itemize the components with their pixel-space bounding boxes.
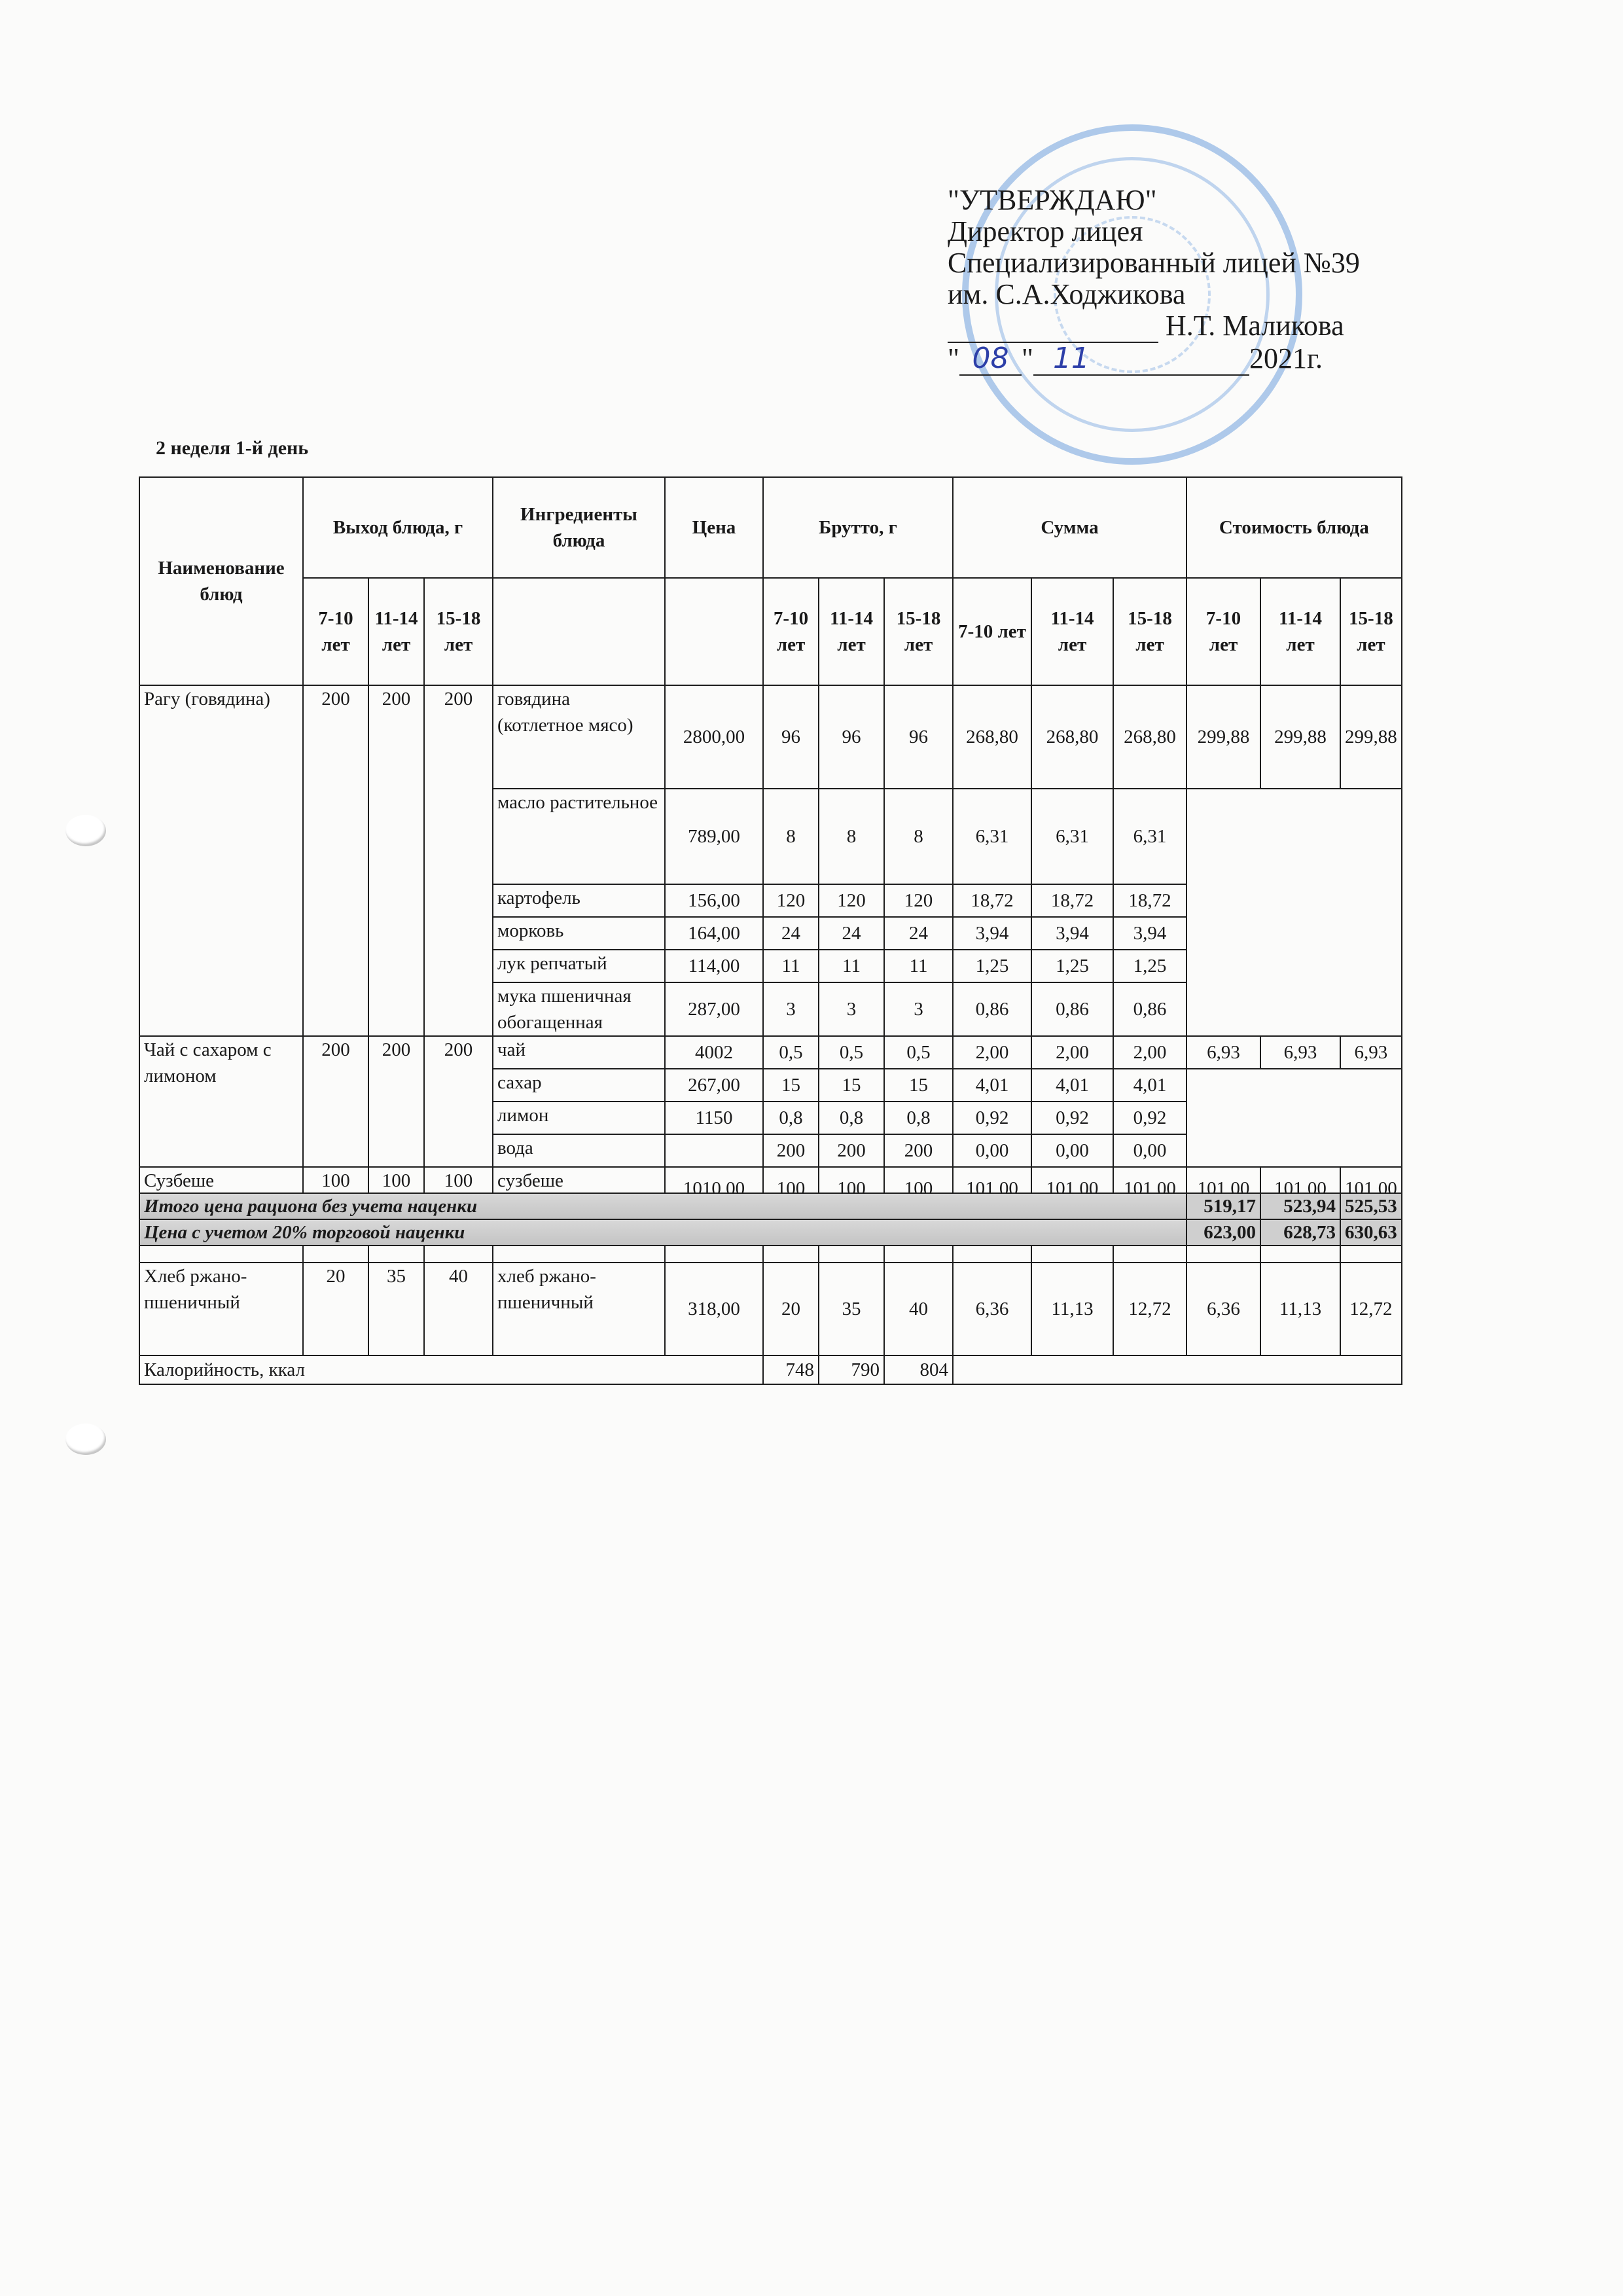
dish-yield-1: 200 <box>368 685 424 1036</box>
header-brutto: Брутто, г <box>763 477 953 578</box>
ingredient-brutto-0: 8 <box>763 789 819 884</box>
ingredient-brutto-2: 11 <box>884 950 953 982</box>
totals-value-1: 523,94 <box>1260 1193 1340 1219</box>
ingredient-sum-0: 6,31 <box>953 789 1031 884</box>
dish-name: Рагу (говядина) <box>139 685 303 1036</box>
header-yield-age-1: 11-14 лет <box>368 578 424 685</box>
ingredient-sum-1: 0,92 <box>1031 1102 1113 1134</box>
ingredient-brutto-2: 0,5 <box>884 1036 953 1069</box>
ingredient-brutto-2: 24 <box>884 917 953 950</box>
header-yield: Выход блюда, г <box>303 477 493 578</box>
dish-cost-1: 11,13 <box>1260 1263 1340 1355</box>
ingredient-name: лук репчатый <box>493 950 665 982</box>
dish-cost-2: 6,93 <box>1340 1036 1402 1069</box>
header-yield-age-0: 7-10 лет <box>303 578 368 685</box>
ingredient-sum-0: 2,00 <box>953 1036 1031 1069</box>
ingredient-sum-0: 1,25 <box>953 950 1031 982</box>
ingredient-name: мука пшеничная обогащенная <box>493 982 665 1036</box>
calories-value-1: 790 <box>819 1355 884 1384</box>
header-price: Цена <box>665 477 763 578</box>
ingredient-brutto-2: 0,8 <box>884 1102 953 1134</box>
header-ingredients-blank <box>493 578 665 685</box>
ingredient-brutto-1: 3 <box>819 982 884 1036</box>
signature-field <box>948 310 1158 343</box>
ingredient-sum-2: 268,80 <box>1113 685 1186 789</box>
header-sum-age-1: 11-14 лет <box>1031 578 1113 685</box>
ingredient-name: говядина (котлетное мясо) <box>493 685 665 789</box>
dish-cost-0: 6,36 <box>1186 1263 1260 1355</box>
table-row: Хлеб ржано-пшеничный203540хлеб ржано-пше… <box>139 1263 1402 1355</box>
ingredient-name: морковь <box>493 917 665 950</box>
ingredient-price: 114,00 <box>665 950 763 982</box>
ingredient-sum-1: 1,25 <box>1031 950 1113 982</box>
totals-value-2: 525,53 <box>1340 1193 1402 1219</box>
ingredient-brutto-2: 40 <box>884 1263 953 1355</box>
header-sum-age-0: 7-10 лет <box>953 578 1031 685</box>
punch-hole-top <box>65 815 106 846</box>
ingredient-price: 1150 <box>665 1102 763 1134</box>
ingredient-brutto-0: 200 <box>763 1134 819 1167</box>
ingredient-sum-2: 0,92 <box>1113 1102 1186 1134</box>
ingredient-brutto-1: 0,8 <box>819 1102 884 1134</box>
ingredient-brutto-2: 3 <box>884 982 953 1036</box>
ingredient-brutto-0: 24 <box>763 917 819 950</box>
approval-organization: Специализированный лицей №39 <box>948 247 1360 279</box>
ingredient-sum-2: 4,01 <box>1113 1069 1186 1102</box>
ingredient-brutto-0: 11 <box>763 950 819 982</box>
date-year: 2021г. <box>1249 342 1323 374</box>
ingredient-name: картофель <box>493 884 665 917</box>
header-brutto-age-2: 15-18 лет <box>884 578 953 685</box>
ingredient-brutto-2: 15 <box>884 1069 953 1102</box>
ingredient-brutto-0: 0,5 <box>763 1036 819 1069</box>
ingredient-sum-2: 6,31 <box>1113 789 1186 884</box>
ingredient-sum-2: 0,00 <box>1113 1134 1186 1167</box>
date-month: 11 <box>1033 343 1249 376</box>
ingredient-sum-0: 0,92 <box>953 1102 1031 1134</box>
ingredient-brutto-2: 96 <box>884 685 953 789</box>
ingredient-price: 164,00 <box>665 917 763 950</box>
approval-block: "УТВЕРЖДАЮ" Директор лицея Специализиров… <box>948 185 1360 376</box>
header-dish-name: Наименование блюд <box>139 477 303 685</box>
ingredient-brutto-0: 0,8 <box>763 1102 819 1134</box>
ingredient-brutto-0: 15 <box>763 1069 819 1102</box>
header-cost-age-1: 11-14 лет <box>1260 578 1340 685</box>
ingredient-brutto-2: 200 <box>884 1134 953 1167</box>
ingredient-brutto-1: 15 <box>819 1069 884 1102</box>
header-yield-age-2: 15-18 лет <box>424 578 493 685</box>
calories-label: Калорийность, ккал <box>139 1355 763 1384</box>
calories-value-2: 804 <box>884 1355 953 1384</box>
approval-signature-line: Н.Т. Маликова <box>948 310 1360 343</box>
ingredient-brutto-1: 96 <box>819 685 884 789</box>
dish-cost-blank <box>1186 1069 1402 1167</box>
ingredient-name: чай <box>493 1036 665 1069</box>
approval-date-line: "08"112021г. <box>948 343 1360 376</box>
dish-cost-2: 12,72 <box>1340 1263 1402 1355</box>
dish-yield-2: 200 <box>424 685 493 1036</box>
ingredient-price: 156,00 <box>665 884 763 917</box>
header-price-blank <box>665 578 763 685</box>
ingredient-sum-1: 3,94 <box>1031 917 1113 950</box>
ingredient-brutto-0: 96 <box>763 685 819 789</box>
approval-position: Директор лицея <box>948 216 1360 247</box>
calories-row: Калорийность, ккал748790804 <box>139 1355 1402 1384</box>
ingredient-brutto-0: 20 <box>763 1263 819 1355</box>
ingredient-price: 4002 <box>665 1036 763 1069</box>
ingredient-brutto-0: 3 <box>763 982 819 1036</box>
ingredient-sum-0: 0,86 <box>953 982 1031 1036</box>
ingredient-sum-1: 2,00 <box>1031 1036 1113 1069</box>
totals-value-1: 628,73 <box>1260 1219 1340 1246</box>
header-sum: Сумма <box>953 477 1186 578</box>
header-cost-age-2: 15-18 лет <box>1340 578 1402 685</box>
approval-named-after: им. С.А.Ходжикова <box>948 279 1360 310</box>
ingredient-sum-2: 0,86 <box>1113 982 1186 1036</box>
ingredient-name: вода <box>493 1134 665 1167</box>
ingredient-sum-1: 18,72 <box>1031 884 1113 917</box>
ingredient-brutto-1: 200 <box>819 1134 884 1167</box>
ingredient-brutto-2: 8 <box>884 789 953 884</box>
dish-name: Чай с сахаром с лимоном <box>139 1036 303 1167</box>
dish-yield-0: 200 <box>303 1036 368 1167</box>
table-row: Чай с сахаром с лимоном200200200чай40020… <box>139 1036 1402 1069</box>
dish-yield-0: 20 <box>303 1263 368 1355</box>
ingredient-sum-2: 1,25 <box>1113 950 1186 982</box>
header-sum-age-2: 15-18 лет <box>1113 578 1186 685</box>
header-brutto-age-1: 11-14 лет <box>819 578 884 685</box>
ingredient-name: масло растительное <box>493 789 665 884</box>
ingredient-sum-2: 12,72 <box>1113 1263 1186 1355</box>
ingredient-sum-0: 6,36 <box>953 1263 1031 1355</box>
ingredient-sum-1: 0,00 <box>1031 1134 1113 1167</box>
ingredient-price: 789,00 <box>665 789 763 884</box>
dish-cost-0: 6,93 <box>1186 1036 1260 1069</box>
totals-table: Итого цена рациона без учета наценки519,… <box>139 1193 1402 1246</box>
totals-row: Цена с учетом 20% торговой наценки623,00… <box>139 1219 1402 1246</box>
ingredient-sum-1: 0,86 <box>1031 982 1113 1036</box>
calories-value-0: 748 <box>763 1355 819 1384</box>
dish-name: Хлеб ржано-пшеничный <box>139 1263 303 1355</box>
dish-yield-1: 200 <box>368 1036 424 1167</box>
dish-yield-1: 35 <box>368 1263 424 1355</box>
approval-title: "УТВЕРЖДАЮ" <box>948 185 1360 216</box>
dish-cost-0: 299,88 <box>1186 685 1260 789</box>
ingredient-brutto-1: 120 <box>819 884 884 917</box>
ingredient-sum-0: 0,00 <box>953 1134 1031 1167</box>
ingredient-sum-1: 268,80 <box>1031 685 1113 789</box>
ingredient-price: 2800,00 <box>665 685 763 789</box>
calories-blank <box>953 1355 1402 1384</box>
ingredient-price: 267,00 <box>665 1069 763 1102</box>
header-brutto-age-0: 7-10 лет <box>763 578 819 685</box>
ingredient-brutto-2: 120 <box>884 884 953 917</box>
totals-value-0: 623,00 <box>1186 1219 1260 1246</box>
totals-row: Итого цена рациона без учета наценки519,… <box>139 1193 1402 1219</box>
ingredient-brutto-1: 24 <box>819 917 884 950</box>
ingredient-sum-2: 2,00 <box>1113 1036 1186 1069</box>
dish-cost-1: 6,93 <box>1260 1036 1340 1069</box>
ingredient-sum-0: 268,80 <box>953 685 1031 789</box>
ingredient-name: лимон <box>493 1102 665 1134</box>
ingredient-brutto-0: 120 <box>763 884 819 917</box>
ingredient-sum-0: 3,94 <box>953 917 1031 950</box>
ingredient-sum-1: 6,31 <box>1031 789 1113 884</box>
ingredient-sum-0: 18,72 <box>953 884 1031 917</box>
dish-yield-2: 40 <box>424 1263 493 1355</box>
ingredient-name: сахар <box>493 1069 665 1102</box>
day-title: 2 неделя 1-й день <box>156 437 308 459</box>
dish-cost-2: 299,88 <box>1340 685 1402 789</box>
ingredient-sum-2: 18,72 <box>1113 884 1186 917</box>
menu-table: Наименование блюд Выход блюда, г Ингреди… <box>139 476 1402 1385</box>
header-cost: Стоимость блюда <box>1186 477 1402 578</box>
ingredient-name: хлеб ржано-пшеничный <box>493 1263 665 1355</box>
totals-value-0: 519,17 <box>1186 1193 1260 1219</box>
ingredient-sum-1: 4,01 <box>1031 1069 1113 1102</box>
ingredient-brutto-1: 35 <box>819 1263 884 1355</box>
dish-cost-1: 299,88 <box>1260 685 1340 789</box>
totals-label: Цена с учетом 20% торговой наценки <box>139 1219 1186 1246</box>
ingredient-brutto-1: 11 <box>819 950 884 982</box>
totals-label: Итого цена рациона без учета наценки <box>139 1193 1186 1219</box>
header-cost-age-0: 7-10 лет <box>1186 578 1260 685</box>
ingredient-sum-0: 4,01 <box>953 1069 1031 1102</box>
ingredient-sum-2: 3,94 <box>1113 917 1186 950</box>
date-day: 08 <box>959 343 1022 376</box>
dish-cost-blank <box>1186 789 1402 1036</box>
totals-value-2: 630,63 <box>1340 1219 1402 1246</box>
punch-hole-bottom <box>65 1424 106 1455</box>
ingredient-sum-1: 11,13 <box>1031 1263 1113 1355</box>
dish-yield-0: 200 <box>303 685 368 1036</box>
ingredient-price: 318,00 <box>665 1263 763 1355</box>
ingredient-price <box>665 1134 763 1167</box>
dish-yield-2: 200 <box>424 1036 493 1167</box>
ingredient-brutto-1: 8 <box>819 789 884 884</box>
table-row: Рагу (говядина)200200200говядина (котлет… <box>139 685 1402 789</box>
ingredient-price: 287,00 <box>665 982 763 1036</box>
approval-signatory: Н.Т. Маликова <box>1166 310 1344 342</box>
ingredient-brutto-1: 0,5 <box>819 1036 884 1069</box>
header-ingredients: Ингредиенты блюда <box>493 477 665 578</box>
